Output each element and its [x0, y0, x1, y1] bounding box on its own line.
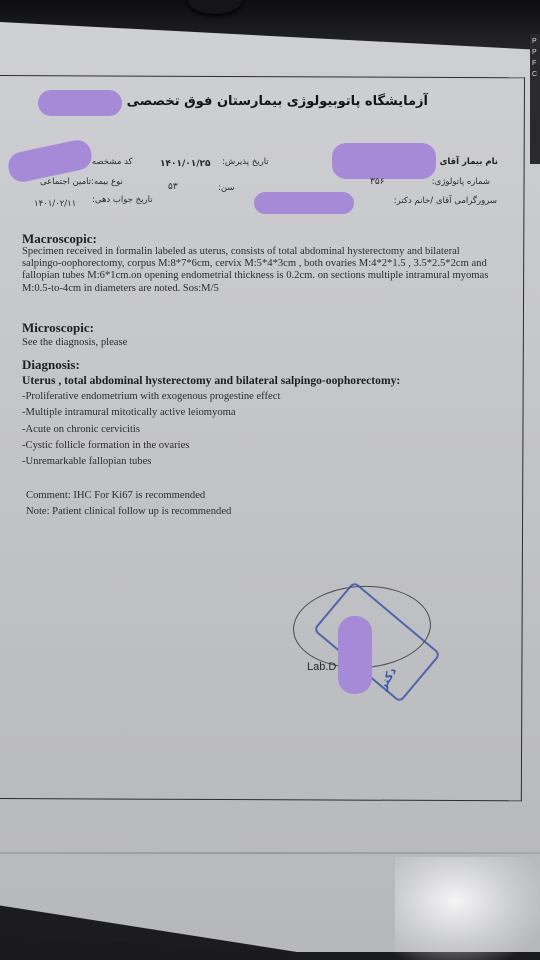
diagnosis-heading: Diagnosis:: [22, 357, 492, 372]
macroscopic-section: Macroscopic: Specimen received in formal…: [22, 231, 492, 295]
microscopic-text: See the diagnosis, please: [22, 337, 492, 349]
admission-date-value: ۱۴۰۱/۰۱/۲۵: [160, 159, 211, 169]
diagnosis-item: -Multiple intramural mitotically active …: [22, 405, 492, 421]
lab-title: آزمایشگاه پاتوبیولوژی بیمارستان فوق تخصص…: [88, 94, 428, 109]
report-date-label: تاریخ جواب دهی:: [92, 195, 153, 205]
microscopic-heading: Microscopic:: [22, 320, 492, 335]
diagnosis-item: -Unremarkable fallopian tubes: [22, 454, 492, 470]
admission-date-label: تاریخ پذیرش:: [222, 157, 269, 167]
age-value: ۵۳: [168, 182, 178, 192]
macroscopic-heading: Macroscopic:: [22, 231, 492, 246]
diagnosis-item: -Acute on chronic cervicitis: [22, 422, 492, 438]
diagnosis-section: Diagnosis: Uterus , total abdominal hyst…: [22, 357, 492, 470]
doctor-name-redaction: [254, 192, 354, 214]
light-glare: [395, 857, 540, 960]
referring-doctor-label: سرورگرامی آقای /خانم دکتر:: [394, 196, 497, 206]
signature-label: Lab.D: [307, 661, 336, 673]
pathology-number-value: ۳۵۶: [370, 177, 385, 187]
note-text: Note: Patient clinical follow up is reco…: [26, 504, 496, 520]
report-date-value: ۱۴۰۱/۰۲/۱۱: [34, 199, 76, 209]
macroscopic-text: Specimen received in formalin labeled as…: [22, 246, 492, 295]
microscopic-section: Microscopic: See the diagnosis, please: [22, 320, 492, 349]
diagnosis-item: -Cystic follicle formation in the ovarie…: [22, 438, 492, 454]
stamp-redaction: [338, 616, 372, 694]
paper-fold: [0, 852, 540, 854]
desk-object: [188, 0, 242, 14]
pathology-number-label: شماره پاتولوژی:: [432, 177, 490, 187]
background-screen-edge: PPFC: [530, 34, 540, 164]
diagnosis-item: -Proliferative endometrium with exogenou…: [22, 389, 492, 405]
patient-name-label: نام بیمار آقای: [440, 157, 498, 167]
diagnosis-title: Uterus , total abdominal hysterectomy an…: [22, 374, 492, 388]
age-label: سن:: [218, 183, 234, 193]
insurance-label: نوع بیمه:تامین اجتماعی: [40, 177, 123, 187]
comments-section: Comment: IHC For Ki67 is recommended Not…: [26, 488, 496, 519]
redaction-mark: [38, 90, 122, 116]
patient-name-redaction: [332, 143, 436, 179]
comment-text: Comment: IHC For Ki67 is recommended: [26, 488, 496, 504]
